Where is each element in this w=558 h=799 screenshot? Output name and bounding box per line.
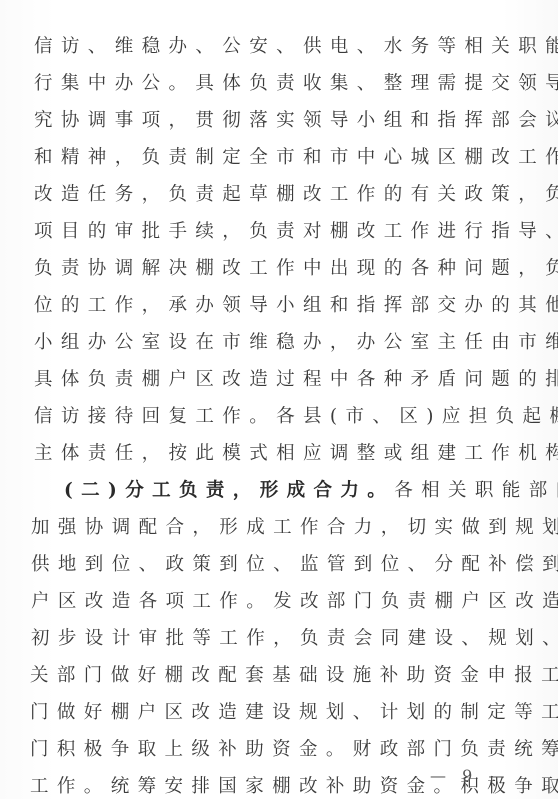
body-line: 信访接待回复工作。各县(市、区)应担负起棚户区改造工作的 xyxy=(34,405,558,429)
section-2-first-line: (二)分工负责，形成合力。各相关职能部门根据各自职责， xyxy=(64,479,558,503)
page-number: — 9 — xyxy=(430,765,507,787)
body-line: 负责协调解决棚改工作中出现的各种问题，负责协调各成员单 xyxy=(34,257,558,281)
body-line: 门做好棚户区改造建设规划、计划的制定等工作。协助财政部 xyxy=(30,701,558,725)
section-2-heading: (二)分工负责，形成合力。 xyxy=(64,480,394,501)
body-line: 改造任务，负责起草棚改工作的有关政策，负责协调办理棚改 xyxy=(34,183,558,207)
body-line: 门积极争取上级补助资金。财政部门负责统筹棚户区改造资金 xyxy=(30,738,558,762)
body-line: 具体负责棚户区改造过程中各种矛盾问题的排查、协调处理和 xyxy=(34,368,558,392)
body-line: 供地到位、政策到位、监管到位、分配补偿到位，共同推进棚 xyxy=(31,553,558,577)
body-line: 信访、维稳办、公安、供电、水务等相关职能部门抽调人员进 xyxy=(34,35,558,59)
body-line: 究协调事项，贯彻落实领导小组和指挥部会议相关决定、决议 xyxy=(34,109,558,133)
body-line: 位的工作，承办领导小组和指挥部交办的其他工作。维稳领导 xyxy=(34,294,558,318)
body-line: 项目的审批手续，负责对棚改工作进行指导、协调、督查考核， xyxy=(34,220,558,244)
body-line: 初步设计审批等工作，负责会同建设、规划、住房保障等各相 xyxy=(31,627,558,651)
body-line: 行集中办公。具体负责收集、整理需提交领导小组及指挥部研 xyxy=(34,72,558,96)
body-line: 关部门做好棚改配套基础设施补助资金申报工作，协助规划部 xyxy=(30,664,558,688)
section-2-first-line-text: 各相关职能部门根据各自职责， xyxy=(394,480,558,501)
body-line: 加强协调配合，形成工作合力，切实做到规划到位、资金到位、 xyxy=(31,516,558,540)
document-page: 信访、维稳办、公安、供电、水务等相关职能部门抽调人员进 行集中办公。具体负责收集… xyxy=(0,0,558,799)
body-line: 和精神，负责制定全市和市中心城区棚改工作计划和下达年度 xyxy=(34,146,558,170)
body-line: 小组办公室设在市维稳办，办公室主任由市维稳办主任担任。 xyxy=(34,331,558,355)
body-line: 主体责任，按此模式相应调整或组建工作机构。 xyxy=(34,442,558,466)
body-line: 户区改造各项工作。发改部门负责棚户区改造安置房建设项目 xyxy=(31,590,558,614)
